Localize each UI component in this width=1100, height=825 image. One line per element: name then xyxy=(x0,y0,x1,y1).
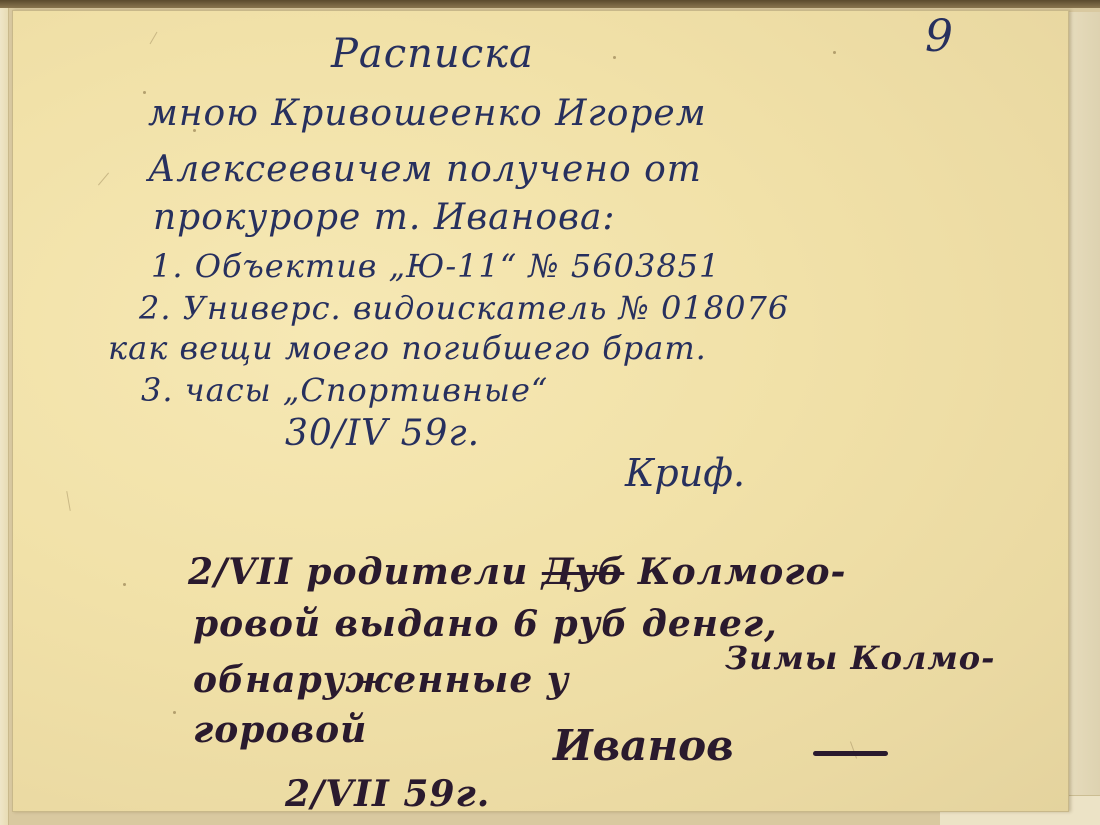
right-adjacent-sheet xyxy=(1066,12,1100,825)
text-line: горовой xyxy=(193,709,367,751)
signature-dash xyxy=(813,751,888,756)
text-line: обнаруженные у xyxy=(193,659,569,701)
paper-speck xyxy=(123,583,126,586)
item-line: 2. Универс. видоискатель № 018076 xyxy=(139,289,789,327)
item-line: как вещи моего погибшего брат. xyxy=(108,329,707,367)
text-line-part: Зимы xyxy=(725,639,850,677)
signature-ivanov: Иванов xyxy=(553,721,734,770)
paper-fiber xyxy=(850,741,857,758)
date-section-1: 30/IV 59г. xyxy=(285,413,480,454)
signature-krif: Криф. xyxy=(625,451,745,495)
receipt-title: Расписка xyxy=(331,31,534,77)
text-line: прокуроре т. Иванова: xyxy=(153,197,616,238)
paper-speck xyxy=(613,56,616,59)
text-line: ровой выдано 6 руб денег, xyxy=(193,603,778,645)
paper-fiber xyxy=(150,32,158,45)
item-line: 3. часы „Спортивные“ xyxy=(141,371,548,409)
text-line-part: Колмо- xyxy=(850,639,995,677)
paper-fiber xyxy=(66,491,70,511)
paper-speck xyxy=(143,91,146,94)
text-line-part: Колмого- xyxy=(638,551,847,593)
text-line: Зимы Колмо- xyxy=(725,639,995,677)
paper-fiber xyxy=(98,173,109,186)
page-number: 9 xyxy=(925,11,954,62)
left-page-edge xyxy=(0,8,9,825)
document-scan: 1 Расписка 9 мною Кривошеенко Игорем Але… xyxy=(0,0,1100,825)
paper-speck xyxy=(833,51,836,54)
date-section-2: 2/VII 59г. xyxy=(285,773,490,815)
struck-word: Дуб xyxy=(542,551,625,593)
text-line: Алексеевичем получено от xyxy=(148,149,702,190)
item-line: 1. Объектив „Ю-11“ № 5603851 xyxy=(151,247,720,285)
text-line-part: 2/VII родители xyxy=(188,551,542,593)
paper-speck xyxy=(173,711,176,714)
text-line: 2/VII родители Дуб Колмого- xyxy=(188,551,846,593)
scan-top-border xyxy=(0,0,1100,8)
text-line: мною Кривошеенко Игорем xyxy=(148,93,707,134)
receipt-page: Расписка 9 мною Кривошеенко Игорем Алекс… xyxy=(12,10,1069,812)
